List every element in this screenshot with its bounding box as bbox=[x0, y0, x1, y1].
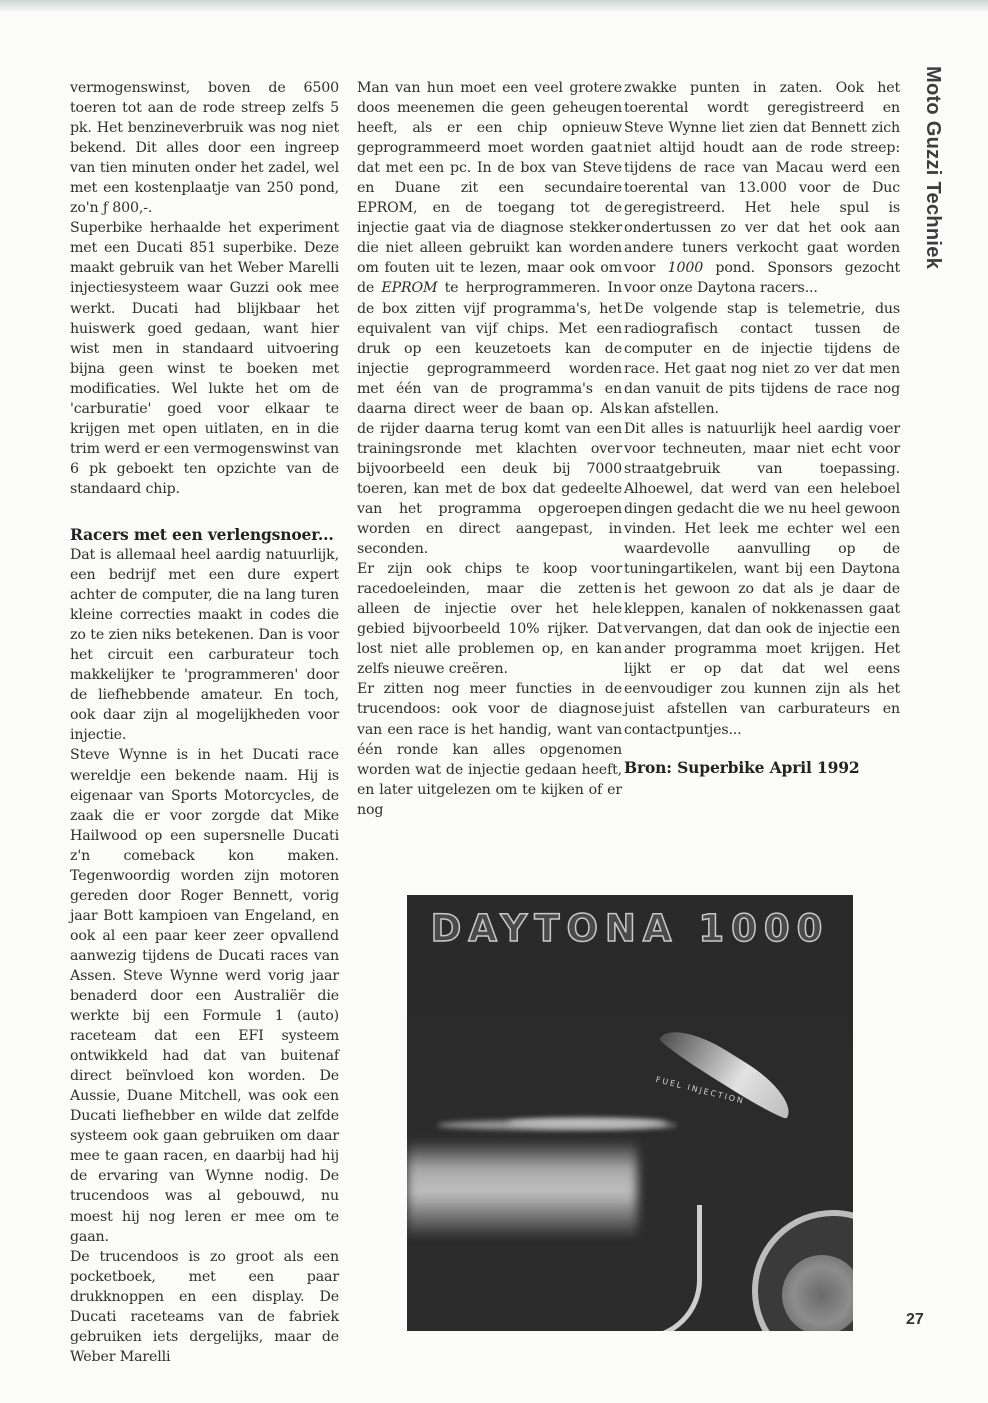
brake-disc-shape bbox=[782, 1255, 853, 1331]
section-heading: Racers met een verlengsnoer... bbox=[70, 525, 339, 545]
scan-top-edge bbox=[0, 0, 988, 12]
windscreen-shape bbox=[657, 1017, 800, 1122]
paragraph: Man van hun moet een veel grotere doos m… bbox=[357, 78, 622, 559]
paragraph: De trucendoos is zo groot als een pocket… bbox=[70, 1247, 339, 1367]
paragraph: Dat is allemaal heel aardig natuurlijk, … bbox=[70, 545, 339, 745]
text-run: Man van hun moet een veel grotere doos m… bbox=[357, 80, 622, 296]
photo-title: DAYTONA 1000 bbox=[417, 907, 843, 950]
paragraph: Steve Wynne is in het Ducati race wereld… bbox=[70, 745, 339, 1246]
text-run: zwakke punten in zaten. Ook het toerenta… bbox=[624, 80, 900, 276]
article-column-2: Man van hun moet een veel grotere doos m… bbox=[357, 78, 622, 820]
paragraph: De volgende stap is telemetrie, dus radi… bbox=[624, 299, 900, 419]
article-column-3: zwakke punten in zaten. Ook het toerenta… bbox=[624, 78, 900, 778]
text-run: te herprogrammeren. In de box zitten vij… bbox=[357, 280, 622, 557]
daytona-photo: DAYTONA 1000 FUEL INJECTION bbox=[407, 895, 853, 1331]
paragraph: vermogenswinst, boven de 6500 toeren tot… bbox=[70, 78, 339, 218]
paragraph: zwakke punten in zaten. Ook het toerenta… bbox=[624, 78, 900, 299]
article-column-1: vermogenswinst, boven de 6500 toeren tot… bbox=[70, 78, 339, 1367]
paragraph: Er zijn ook chips te koop voor racedoele… bbox=[357, 559, 622, 679]
paragraph: Superbike herhaalde het experiment met e… bbox=[70, 218, 339, 499]
emphasis: 1000 bbox=[668, 260, 704, 276]
page-number: 27 bbox=[906, 1311, 924, 1329]
emphasis: EPROM bbox=[381, 280, 437, 296]
paragraph: Dit alles is natuurlijk heel aardig voer… bbox=[624, 419, 900, 740]
section-side-title: Moto Guzzi Techniek bbox=[920, 66, 944, 321]
exhaust-pipe-shape bbox=[547, 1205, 702, 1331]
paragraph: Er zitten nog meer functies in de trucen… bbox=[357, 679, 622, 819]
source-credit: Bron: Superbike April 1992 bbox=[624, 758, 900, 778]
light-streak bbox=[507, 1118, 667, 1128]
